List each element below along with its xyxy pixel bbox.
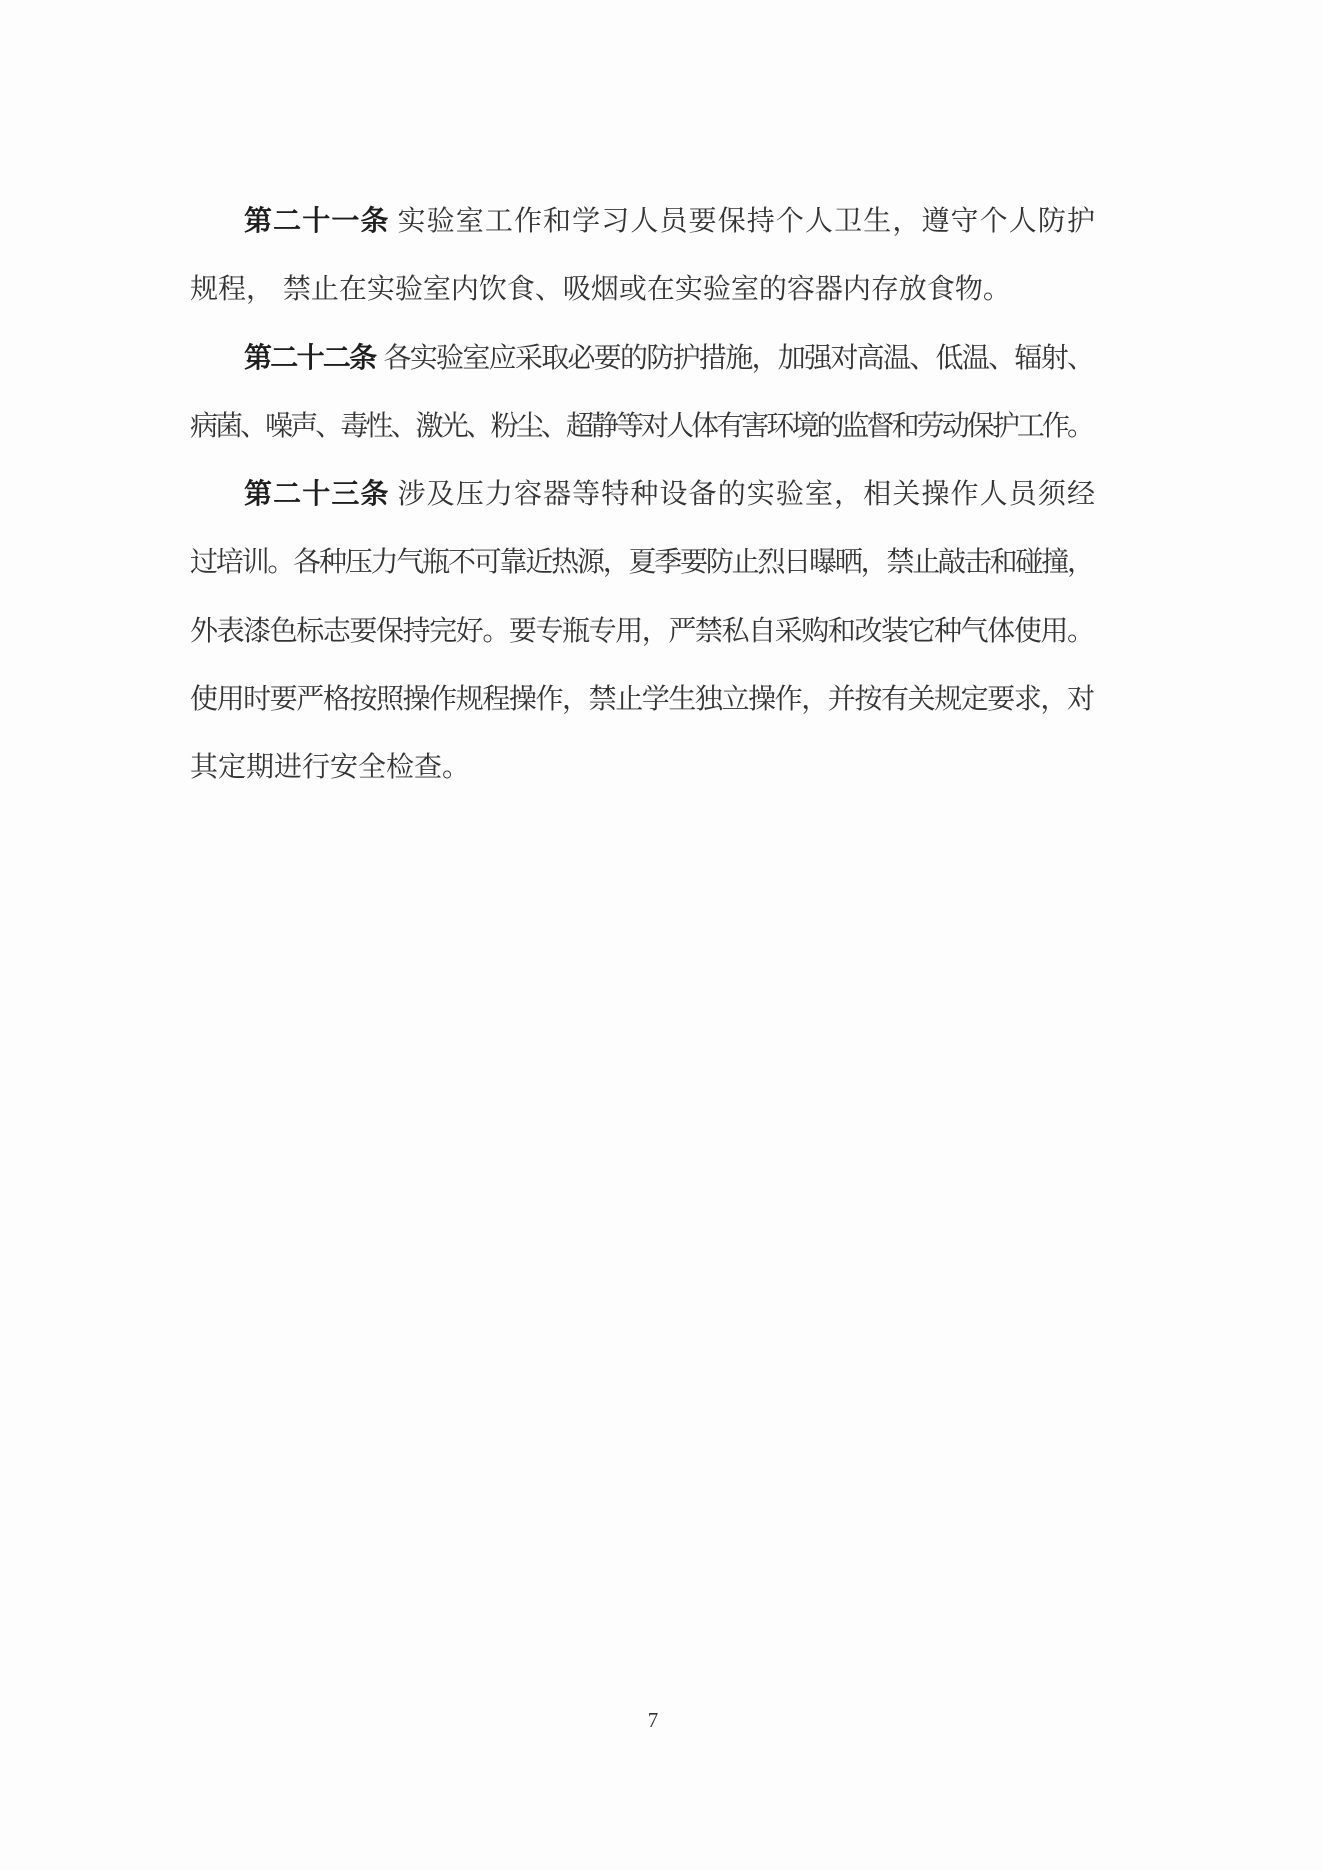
page-number: 7	[641, 1708, 665, 1733]
article-number: 第二十三条	[244, 477, 390, 510]
article-text: 使用时要严格按照操作规程操作，禁止学生独立操作，并按有关规定要求，对	[190, 682, 1094, 715]
article-text: 实验室工作和学习人员要保持个人卫生，遵守个人防护	[398, 204, 1097, 237]
article-text: 病菌、噪声、毒性、激光、粉尘、超静等对人体有害环境的监督和劳动保护工作。	[190, 409, 1092, 442]
article-22-line-2: 病菌、噪声、毒性、激光、粉尘、超静等对人体有害环境的监督和劳动保护工作。	[190, 406, 1095, 474]
article-23-line-1: 第二十三条涉及压力容器等特种设备的实验室，相关操作人员须经	[190, 474, 1095, 542]
article-21-line-2: 规程， 禁止在实验室内饮食、吸烟或在实验室的容器内存放食物。	[190, 269, 1095, 337]
article-text: 涉及压力容器等特种设备的实验室，相关操作人员须经	[398, 477, 1097, 510]
article-number: 第二十二条	[244, 341, 375, 374]
article-text: 外表漆色标志要保持完好。要专瓶专用，严禁私自采购和改装它种气体使用。	[190, 614, 1094, 647]
article-23-line-3: 外表漆色标志要保持完好。要专瓶专用，严禁私自采购和改装它种气体使用。	[190, 611, 1095, 679]
article-22-line-1: 第二十二条各实验室应采取必要的防护措施，加强对高温、低温、辐射、	[190, 338, 1095, 406]
article-text: 规程， 禁止在实验室内饮食、吸烟或在实验室的容器内存放食物。	[190, 272, 1011, 305]
article-23-line-2: 过培训。各种压力气瓶不可靠近热源，夏季要防止烈日曝晒，禁止敲击和碰撞，	[190, 542, 1095, 610]
document-body: 第二十一条实验室工作和学习人员要保持个人卫生，遵守个人防护 规程， 禁止在实验室…	[190, 201, 1095, 815]
document-page: 第二十一条实验室工作和学习人员要保持个人卫生，遵守个人防护 规程， 禁止在实验室…	[0, 0, 1322, 1871]
article-23-line-4: 使用时要严格按照操作规程操作，禁止学生独立操作，并按有关规定要求，对	[190, 679, 1095, 747]
article-text: 各实验室应采取必要的防护措施，加强对高温、低温、辐射、	[383, 341, 1093, 374]
article-23-line-5: 其定期进行安全检查。	[190, 747, 1095, 815]
article-number: 第二十一条	[244, 204, 390, 237]
article-text: 过培训。各种压力气瓶不可靠近热源，夏季要防止烈日曝晒，禁止敲击和碰撞，	[190, 545, 1093, 578]
article-21-line-1: 第二十一条实验室工作和学习人员要保持个人卫生，遵守个人防护	[190, 201, 1095, 269]
article-text: 其定期进行安全检查。	[190, 750, 470, 783]
